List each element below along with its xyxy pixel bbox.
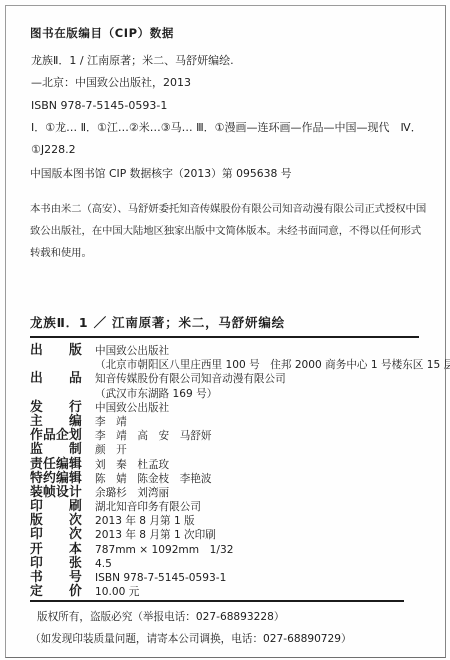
colophon-label: 开 本: [30, 543, 85, 557]
colophon-row: （武汉市东湖路 169 号）: [30, 387, 440, 401]
colophon-row: 责任编辑刘 秦 杜孟玫: [30, 458, 440, 472]
colophon-value: 4.5: [95, 557, 112, 571]
colophon-value: 2013 年 8 月第 1 版: [95, 514, 195, 528]
text-line: 龙族Ⅱ．1 / 江南原著；米二、马舒妍编绘.: [31, 50, 422, 72]
colophon-row: 装帧设计余璐杉 刘湾丽: [30, 486, 440, 500]
text-line: ISBN 978-7-5145-0593-1: [31, 95, 422, 117]
copyright-footer: 版权所有，盗版必究（举报电话：027-68893228）（如发现印装质量问题，请…: [30, 607, 352, 650]
text-line: Ⅰ．①龙… Ⅱ．①江…②米…③马… Ⅲ．①漫画—连环画—作品—中国—现代 Ⅳ．: [31, 117, 422, 139]
book-title: 龙族Ⅱ．1 ／ 江南原著；米二，马舒妍编绘: [30, 313, 285, 331]
colophon-value: （北京市朝阳区八里庄西里 100 号 住邦 2000 商务中心 1 号楼东区 1…: [95, 358, 450, 372]
cip-record-number: 中国版本图书馆 CIP 数据核字（2013）第 095638 号: [30, 166, 292, 181]
colophon-row: 印 刷湖北知音印务有限公司: [30, 500, 440, 514]
authorization-notice: 本书由米二（高安）、马舒妍委托知音传媒股份有限公司知音动漫有限公司正式授权中国致…: [30, 198, 426, 265]
text-line: 转载和使用。: [30, 242, 426, 264]
colophon-label: 发 行: [30, 401, 85, 415]
colophon-table: 出 版中国致公出版社（北京市朝阳区八里庄西里 100 号 住邦 2000 商务中…: [30, 344, 440, 599]
colophon-label: 监 制: [30, 443, 85, 457]
cip-header: 图书在版编目（CIP）数据: [30, 25, 174, 41]
colophon-row: 版 次2013 年 8 月第 1 版: [30, 514, 440, 528]
colophon-value: 余璐杉 刘湾丽: [95, 486, 169, 500]
colophon-value: 陈 婧 陈金枝 李艳波: [95, 472, 212, 486]
text-line: 本书由米二（高安）、马舒妍委托知音传媒股份有限公司知音动漫有限公司正式授权中国: [30, 198, 426, 220]
colophon-value: ISBN 978-7-5145-0593-1: [95, 571, 226, 585]
colophon-row: 监 制颜 开: [30, 443, 440, 457]
colophon-label: 装帧设计: [30, 486, 85, 500]
copyright-page: 图书在版编目（CIP）数据 龙族Ⅱ．1 / 江南原著；米二、马舒妍编绘.—北京：…: [0, 0, 450, 660]
colophon-label: 主 编: [30, 415, 85, 429]
colophon-row: 开 本787mm × 1092mm 1/32: [30, 543, 440, 557]
colophon-value: 湖北知音印务有限公司: [95, 500, 201, 514]
colophon-row: 印 张4.5: [30, 557, 440, 571]
colophon-label: 出 品: [30, 372, 85, 386]
colophon-value: 李 靖: [95, 415, 127, 429]
colophon-row: 出 版中国致公出版社: [30, 344, 440, 358]
colophon-value: 李 靖 高 安 马舒妍: [95, 429, 212, 443]
colophon-row: 主 编李 靖: [30, 415, 440, 429]
colophon-label: 出 版: [30, 344, 85, 358]
colophon-value: 2013 年 8 月第 1 次印刷: [95, 528, 216, 542]
colophon-value: 10.00 元: [95, 585, 139, 599]
colophon-row: 特约编辑陈 婧 陈金枝 李艳波: [30, 472, 440, 486]
colophon-row: 出 品知音传媒股份有限公司知音动漫有限公司: [30, 372, 440, 386]
text-line: ①J228.2: [31, 139, 422, 161]
text-line: —北京：中国致公出版社，2013: [31, 72, 422, 94]
colophon-value: 787mm × 1092mm 1/32: [95, 543, 233, 557]
colophon-row: （北京市朝阳区八里庄西里 100 号 住邦 2000 商务中心 1 号楼东区 1…: [30, 358, 440, 372]
colophon-label: 印 次: [30, 528, 85, 542]
colophon-row: 印 次2013 年 8 月第 1 次印刷: [30, 528, 440, 542]
colophon-row: 发 行中国致公出版社: [30, 401, 440, 415]
colophon-value: 中国致公出版社: [95, 344, 169, 358]
colophon-row: 书 号ISBN 978-7-5145-0593-1: [30, 571, 440, 585]
colophon-value: 颜 开: [95, 443, 127, 457]
colophon-label: 定 价: [30, 585, 85, 599]
colophon-value: 中国致公出版社: [95, 401, 169, 415]
text-line: 版权所有，盗版必究（举报电话：027-68893228）: [30, 607, 352, 629]
colophon-label: 特约编辑: [30, 472, 85, 486]
colophon-label: 责任编辑: [30, 458, 85, 472]
divider-rule-bottom: [30, 600, 404, 602]
colophon-label: 印 张: [30, 557, 85, 571]
text-line: （如发现印装质量问题，请寄本公司调换，电话：027-68890729）: [30, 629, 352, 651]
colophon-value: 知音传媒股份有限公司知音动漫有限公司: [95, 372, 286, 386]
colophon-row: 作品企划李 靖 高 安 马舒妍: [30, 429, 440, 443]
colophon-value: 刘 秦 杜孟玫: [95, 458, 169, 472]
colophon-row: 定 价10.00 元: [30, 585, 440, 599]
cip-data-block: 龙族Ⅱ．1 / 江南原著；米二、马舒妍编绘.—北京：中国致公出版社，2013IS…: [31, 50, 422, 161]
divider-rule-top: [30, 336, 419, 338]
text-line: 致公出版社，在中国大陆地区独家出版中文简体版本。未经书面同意，不得以任何形式: [30, 220, 426, 242]
colophon-value: （武汉市东湖路 169 号）: [95, 387, 217, 401]
